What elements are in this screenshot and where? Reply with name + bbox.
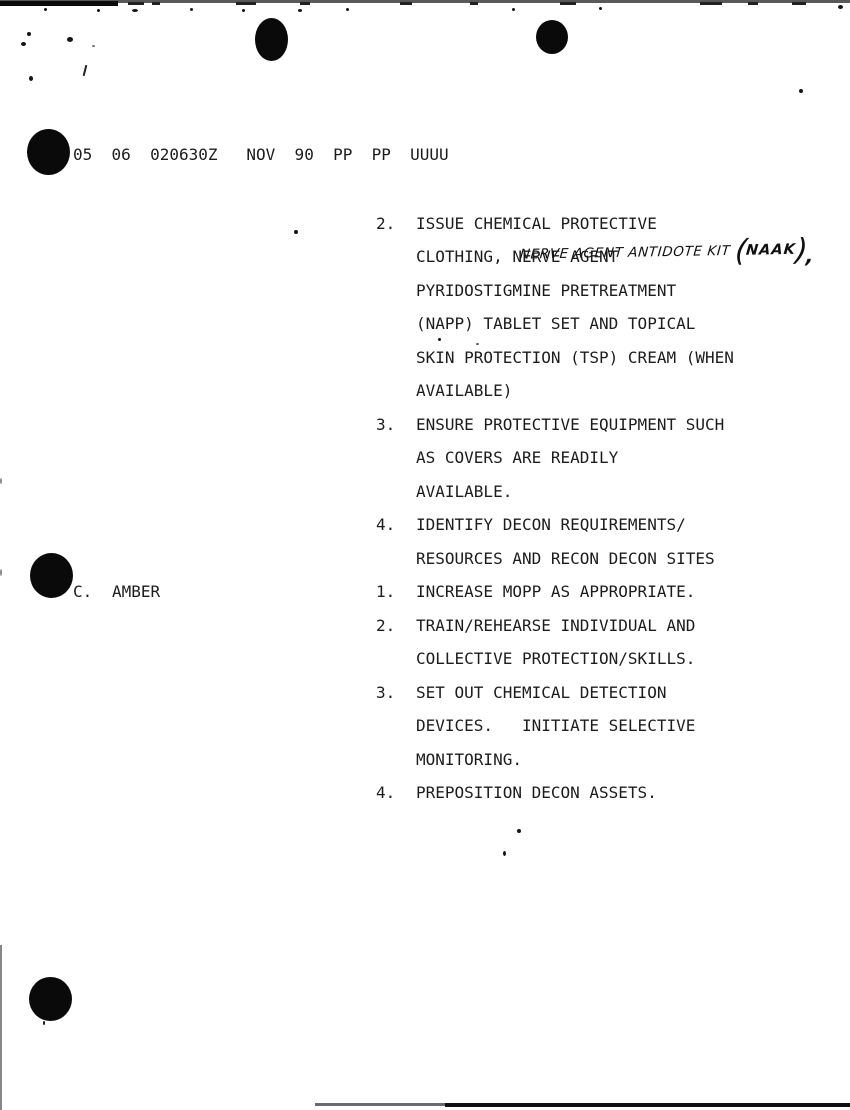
item-number: 3. — [376, 415, 395, 434]
scan-speck — [27, 32, 31, 36]
scan-speck — [44, 8, 47, 11]
item-number: 2. — [376, 616, 395, 635]
scan-artifact — [792, 2, 806, 5]
typed-line: SET OUT CHEMICAL DETECTION — [416, 683, 666, 702]
scan-speck — [29, 76, 33, 81]
scan-speck — [190, 8, 193, 11]
typed-line: ENSURE PROTECTIVE EQUIPMENT SUCH — [416, 415, 724, 434]
scan-artifact — [560, 2, 576, 5]
scan-speck — [242, 9, 245, 12]
scan-artifact — [0, 945, 2, 1110]
scan-speck — [799, 89, 803, 93]
scan-artifact — [470, 2, 478, 5]
scan-speck — [83, 65, 88, 76]
item-number: 1. — [376, 582, 395, 601]
item-number: 2. — [376, 214, 395, 233]
scan-speck — [838, 5, 843, 9]
scan-speck — [438, 338, 441, 341]
scan-speck — [92, 45, 95, 47]
scan-artifact — [300, 2, 310, 5]
scan-speck — [476, 343, 479, 345]
item-number: 4. — [376, 783, 395, 802]
scan-speck — [517, 829, 521, 833]
annotation-comma: , — [805, 244, 815, 268]
hole-punch-mark — [27, 129, 70, 175]
message-header-line: 05 06 020630Z NOV 90 PP PP UUUU — [73, 145, 449, 164]
scan-speck — [21, 42, 26, 46]
typed-line: PREPOSITION DECON ASSETS. — [416, 783, 657, 802]
scan-speck — [512, 8, 515, 11]
scan-speck — [67, 37, 73, 42]
annotation-acronym: NAAK — [745, 242, 796, 259]
scan-speck — [599, 7, 602, 10]
scan-speck — [97, 9, 100, 12]
hole-punch-mark — [536, 20, 568, 54]
scan-speck — [43, 1021, 45, 1025]
scan-artifact — [128, 2, 144, 5]
typed-line: AVAILABLE. — [416, 482, 512, 501]
typed-line: ISSUE CHEMICAL PROTECTIVE — [416, 214, 657, 233]
typed-line: AS COVERS ARE READILY — [416, 448, 618, 467]
typed-line: CLOTHING, NERVE AGENT — [416, 247, 618, 266]
scan-speck — [0, 569, 2, 576]
scan-speck — [503, 851, 506, 856]
scan-artifact — [748, 2, 758, 5]
typed-line: TRAIN/REHEARSE INDIVIDUAL AND — [416, 616, 695, 635]
hole-punch-mark — [29, 977, 72, 1021]
typed-line: RESOURCES AND RECON DECON SITES — [416, 549, 715, 568]
typed-line: INCREASE MOPP AS APPROPRIATE. — [416, 582, 695, 601]
scan-speck — [298, 9, 302, 12]
section-title: AMBER — [112, 582, 160, 601]
section-label: C. — [73, 582, 92, 601]
scan-artifact — [315, 1103, 445, 1106]
scan-speck — [0, 478, 2, 484]
scan-speck — [132, 9, 138, 12]
scan-artifact — [0, 1, 118, 6]
scan-speck — [346, 8, 349, 11]
typed-line: COLLECTIVE PROTECTION/SKILLS. — [416, 649, 695, 668]
typed-line: PYRIDOSTIGMINE PRETREATMENT — [416, 281, 676, 300]
item-number: 3. — [376, 683, 395, 702]
scan-artifact — [445, 1103, 850, 1107]
typed-line: (NAPP) TABLET SET AND TOPICAL — [416, 314, 695, 333]
scanned-document-page: 05 06 020630Z NOV 90 PP PP UUUU NERVE AG… — [0, 0, 850, 1110]
typed-line: MONITORING. — [416, 750, 522, 769]
hole-punch-mark — [255, 18, 288, 61]
typed-line: IDENTIFY DECON REQUIREMENTS/ — [416, 515, 686, 534]
scan-artifact — [236, 2, 256, 5]
scan-artifact — [152, 2, 160, 5]
hole-punch-mark — [30, 553, 73, 598]
scan-speck — [294, 230, 298, 234]
scan-artifact — [700, 2, 722, 5]
typed-line: DEVICES. INITIATE SELECTIVE — [416, 716, 695, 735]
typed-line: AVAILABLE) — [416, 381, 512, 400]
typed-line: SKIN PROTECTION (TSP) CREAM (WHEN — [416, 348, 734, 367]
scan-artifact — [400, 2, 412, 5]
item-number: 4. — [376, 515, 395, 534]
